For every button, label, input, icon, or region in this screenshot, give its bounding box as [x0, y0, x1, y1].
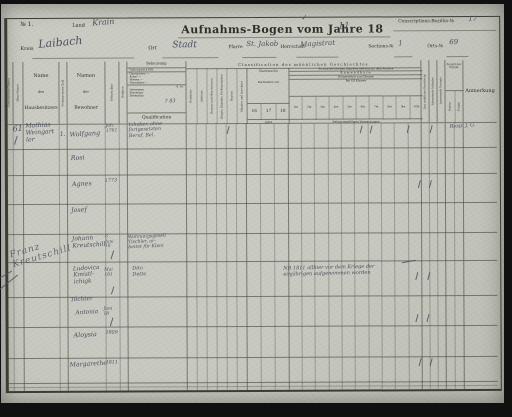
- classification-right-block: Es sind die übrigen Rubriken gehörig mit…: [288, 67, 422, 124]
- class-number-cell: 7te: [369, 96, 383, 119]
- handwritten-entry: 1773: [105, 178, 118, 184]
- rule: [446, 56, 468, 57]
- sections-value: 1: [398, 40, 403, 48]
- handwritten-entry: Töchter: [70, 296, 93, 304]
- class-number-cell: 4te: [329, 97, 343, 120]
- female-column-label: Anwesende Fremde: [439, 78, 442, 105]
- handwritten-entry: Mai 181: [104, 269, 113, 279]
- handwritten-entry: Joh. 1761: [105, 123, 117, 134]
- nachwuchs-year-cell: 16: [248, 104, 261, 120]
- ort-label: Ort: [148, 46, 157, 51]
- handwritten-entry: Johann Kreutschill: [72, 235, 106, 250]
- title-year: 11: [338, 22, 349, 32]
- classification-group-label: Geistliche: [190, 89, 193, 103]
- female-column: Anwesende Fremde: [436, 60, 444, 123]
- land-value: Krain: [92, 18, 115, 29]
- female-columns: Das weibliche GeschlechtAbwesende Inländ…: [420, 60, 444, 123]
- behausung-box: Behausung Gattung Joch Klft. Hausgärten …: [126, 61, 185, 124]
- col-header-house-number: Haus-Numer: [12, 62, 22, 125]
- handwritten-entry: Mathias Weingart ler: [25, 122, 55, 144]
- horses-subcolumns: StutenFohlen: [446, 90, 464, 123]
- table-header: Conscriptions-Numer Haus-Numer Name des …: [0, 3, 503, 5]
- handwritten-entry: Aloysia: [73, 331, 97, 339]
- handwritten-entry: NB 1811 allhier vor dem Kriege der einjä…: [283, 265, 374, 278]
- col-header-religion: Religion: [118, 62, 126, 125]
- rule: [394, 56, 412, 57]
- nachwuchs-years: 161718: [248, 103, 290, 120]
- form-header: № 1. Land Krain ✓ Aufnahms-Bogen vom Jah…: [0, 3, 503, 5]
- col-header-conscription-number: Conscriptions-Numer: [4, 62, 12, 125]
- conscription-district-value: 17: [468, 16, 477, 24]
- handwritten-entry: 6. Juni 18: [105, 235, 113, 249]
- nachwuchs-year-cell: 17: [261, 104, 275, 120]
- classification-section: Classification des männlichen Geschlecht…: [185, 60, 420, 124]
- class-number-cell: 8te: [382, 96, 396, 119]
- nachwuchs-year-cell: 18: [275, 104, 289, 120]
- handwritten-entry: Dito Dette: [132, 266, 146, 278]
- col-header-anmerkung: Anmerkung: [462, 60, 496, 123]
- class-number-cell: 3te: [315, 97, 329, 120]
- handwritten-entry: Wohnungsgesell Tischler, ar- beitet für …: [128, 234, 167, 251]
- handwritten-entry: Josef: [71, 206, 87, 214]
- col-header-owner-name: Name des Hausbesitzers: [22, 62, 58, 125]
- class-number-cell: 6te: [356, 96, 370, 119]
- nachwuchs-block: Nachwuchs Die Knaben von 161718 Jahre: [246, 68, 289, 124]
- pfarre-label: Pfarre: [228, 46, 242, 51]
- rule: [242, 57, 276, 58]
- female-column-label: Das weibliche Geschlecht: [423, 74, 426, 109]
- classification-group-label: Häusler und Inwohner: [241, 81, 244, 112]
- behausung-rows: Hausgärten —Äcker —Wiesen —Hutweiden —: [127, 72, 185, 85]
- land-label: Land: [72, 24, 85, 29]
- handwritten-entry: Juni 18: [103, 308, 112, 318]
- classification-group-label: Bürger, Künstler, Professionisten: [221, 74, 224, 119]
- sections-label: Sections-№: [368, 45, 393, 50]
- horse-subcolumn-label: Fohlen: [458, 102, 461, 111]
- classification-group-label: Adeliche: [201, 90, 204, 102]
- classification-group-label: Beamte und Honoratioren: [211, 78, 214, 114]
- pfarre-value: St. Jakob: [246, 41, 278, 49]
- class-number-cell: 9te: [396, 96, 410, 119]
- handwritten-entry: Antonia: [75, 309, 98, 317]
- class-number-cell: 2te: [302, 97, 316, 120]
- form-title: Aufnahms-Bogen vom Jahre 18: [181, 23, 383, 35]
- handwritten-entry: Inhaber, ohne fortgesetzten Beruf. Bel.: [128, 122, 162, 139]
- steuer-row: Zehentbar: [130, 95, 184, 98]
- paper-sheet: № 1. Land Krain ✓ Aufnahms-Bogen vom Jah…: [1, 4, 504, 403]
- female-column: Das weibliche Geschlecht: [420, 60, 428, 123]
- horses-box: Anzahl der Pferde StutenFohlen: [444, 60, 462, 123]
- sheet-number: № 1.: [20, 22, 33, 28]
- class-number-cell: 1te: [290, 97, 303, 120]
- orts-label: Orts-№: [427, 45, 443, 50]
- kreis-label: Kreis: [20, 47, 33, 52]
- handwritten-entry: Rosi: [71, 154, 85, 162]
- class-columns: 1te2te3te4te5te6te7te8te9te10te: [290, 95, 423, 120]
- classification-group-label: Bauern: [231, 91, 234, 101]
- ort-value: Stadt: [172, 40, 197, 50]
- handwritten-entry: Agnes: [72, 180, 92, 188]
- col-header-inhabitants: Namen der Bewohner: [66, 62, 104, 125]
- document-photo: № 1. Land Krain ✓ Aufnahms-Bogen vom Jah…: [0, 0, 512, 417]
- conscription-district-label: Conscriptions-Bezirks-№: [398, 20, 454, 25]
- orts-value: 69: [449, 39, 458, 47]
- class-number-cell: 5te: [342, 97, 356, 120]
- aufnahms-bogen-form: № 1. Land Krain ✓ Aufnahms-Bogen vom Jah…: [0, 3, 505, 404]
- handwritten-entry: 7 83: [164, 99, 175, 105]
- female-column: Abwesende Inländer: [428, 60, 436, 123]
- col-header-birth-year: Geburts-Jahr: [104, 62, 118, 125]
- steuer-rows: InteressenSteuerbarZehentbar: [127, 88, 185, 98]
- classification-group-column: Geistliche: [186, 68, 196, 124]
- handwritten-entry: 1.: [60, 132, 66, 139]
- handwritten-entry: 1809: [106, 331, 118, 336]
- handwritten-entry: 61: [12, 125, 23, 135]
- col-header-wohnparteyen: Wohnparteyen-Zahl: [58, 62, 66, 125]
- table-body: 61Mathias Weingart ler1.WolfgangJoh. 176…: [0, 3, 503, 5]
- female-column-label: Abwesende Inländer: [431, 77, 434, 105]
- horse-subcolumn-label: Stuten: [448, 103, 451, 112]
- handwritten-entry: Ludovica Kmistl- ichigk: [73, 265, 101, 286]
- horse-subcolumn: Stuten: [446, 91, 455, 123]
- rule: [296, 57, 338, 58]
- handwritten-entry: 1811: [106, 361, 118, 366]
